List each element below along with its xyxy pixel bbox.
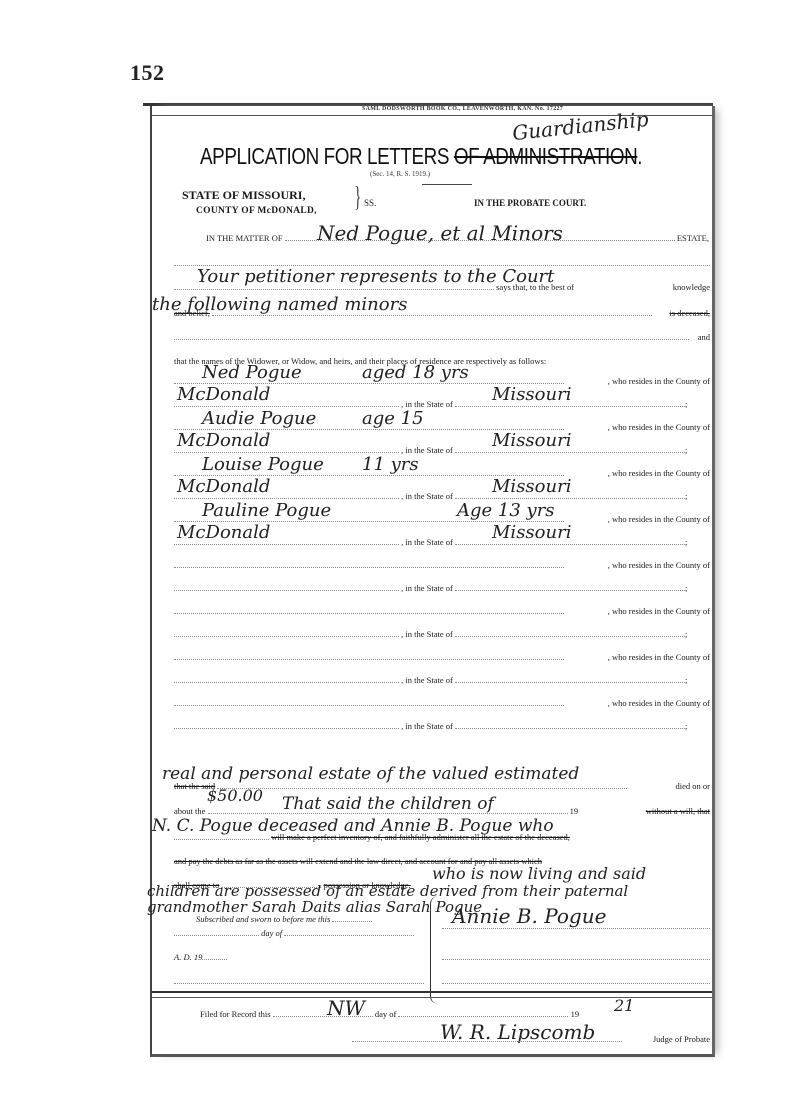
fill-line: [212, 315, 652, 316]
filed-label: Filed for Record this: [200, 1009, 271, 1019]
fill-line: [174, 567, 564, 568]
petition-line-1: says that, to the best of knowledge: [174, 282, 710, 292]
fill-line: [174, 935, 259, 936]
signature-line-3: [442, 976, 710, 986]
petition-line-3: and: [174, 332, 710, 342]
venue-county: COUNTY OF McDONALD,: [196, 206, 317, 216]
matter-handwritten: Ned Pogue, et al Minors: [317, 221, 563, 245]
state-label: , in the State of: [401, 583, 453, 593]
state-label: , in the State of: [401, 629, 453, 639]
fill-line: [208, 813, 568, 814]
publisher-imprint: SAML DODSWORTH BOOK CO., LEAVENWORTH, KA…: [362, 106, 563, 112]
county-label: , who resides in the County of: [608, 698, 710, 708]
fill-line: [174, 452, 399, 453]
jurat-subscribed-text: Subscribed and sworn to before me this: [196, 914, 330, 924]
heir-state-row: , in the State of ;: [174, 583, 710, 593]
petition-deceased: is deceased,: [669, 308, 710, 318]
fill-line: [455, 728, 685, 729]
fill-line: [352, 1041, 622, 1042]
fill-line: [284, 935, 414, 936]
title-struck: OF ADMINISTRATION: [454, 143, 637, 169]
fill-line: [174, 289, 494, 290]
title-prefix: APPLICATION FOR LETTERS: [200, 143, 454, 169]
fill-line: [442, 959, 710, 960]
fill-line: [174, 728, 399, 729]
county-label: , who resides in the County of: [608, 376, 710, 386]
title-suffix: .: [637, 143, 642, 169]
statute-reference: (Sec. 14, R. S. 1919.): [370, 170, 430, 178]
fill-line: [174, 498, 399, 499]
fill-line: [455, 636, 685, 637]
jurat-ad: A. D. 19: [174, 952, 424, 962]
estate-died-on: died on or: [676, 781, 710, 791]
fill-line: [174, 705, 564, 706]
county-label: , who resides in the County of: [608, 468, 710, 478]
fill-line: [455, 452, 685, 453]
filed-day-of: day of: [375, 1009, 396, 1019]
judge-title: Judge of Probate: [653, 1034, 710, 1044]
county-label: , who resides in the County of: [608, 560, 710, 570]
heir-state-row: , in the State of ;: [174, 721, 710, 731]
page-number: 152: [130, 60, 165, 86]
fill-line: [442, 983, 710, 984]
filed-day-handwritten: NW: [327, 996, 365, 1020]
state-label: , in the State of: [401, 491, 453, 501]
matter-label: IN THE MATTER OF: [206, 233, 283, 243]
jurat-day-of: day of: [174, 928, 424, 938]
state-label: , in the State of: [401, 675, 453, 685]
signature-line-1: [442, 921, 710, 931]
fill-line: [174, 983, 424, 984]
fill-line: [174, 590, 399, 591]
fill-line: [398, 1016, 568, 1017]
filed-year-handwritten: 21: [614, 996, 634, 1015]
fill-line: [217, 788, 627, 789]
jurat-subscribed: Subscribed and sworn to before me this: [196, 914, 426, 924]
form-title: APPLICATION FOR LETTERS OF ADMINISTRATIO…: [200, 143, 626, 170]
fill-line: [442, 928, 710, 929]
fill-line: [174, 682, 399, 683]
jurat-ad-text: A. D. 19: [174, 952, 202, 962]
county-label: , who resides in the County of: [608, 652, 710, 662]
estate-about-the: about the: [174, 806, 205, 816]
state-label: , in the State of: [401, 537, 453, 547]
petition-line-2: and belief, is deceased,: [174, 308, 710, 318]
fill-line: [174, 659, 564, 660]
heir-county-row: , who resides in the County of: [174, 652, 710, 662]
heir-county-row: , who resides in the County of: [174, 560, 710, 570]
fill-line: [455, 544, 685, 545]
estate-amount: $50.00: [207, 786, 263, 805]
fill-line: [174, 406, 399, 407]
petition-says: says that, to the best of: [496, 282, 574, 292]
brace: }: [354, 184, 361, 212]
signature-brace: [430, 896, 441, 1004]
jurat-day-of-text: day of: [261, 928, 282, 938]
judge-line: Judge of Probate: [352, 1034, 710, 1044]
heir-state-row: , in the State of ;: [174, 675, 710, 685]
fill-line: [455, 406, 685, 407]
estate-line-2: about the 19 without a will, that: [174, 806, 710, 816]
venue-ss: SS.: [364, 198, 376, 208]
fill-line: [455, 498, 685, 499]
estate-year: 19: [570, 806, 579, 816]
fill-line: [174, 839, 269, 840]
heir-state-row: , in the State of ;: [174, 537, 710, 547]
county-label: , who resides in the County of: [608, 514, 710, 524]
fill-line: [174, 636, 399, 637]
heir-county-row: , who resides in the County of: [174, 606, 710, 616]
county-label: , who resides in the County of: [608, 422, 710, 432]
petition-knowledge: knowledge: [673, 282, 710, 292]
petition-belief: and belief,: [174, 308, 210, 318]
probate-form: SAML DODSWORTH BOOK CO., LEAVENWORTH, KA…: [150, 106, 715, 1057]
fill-line: [455, 682, 685, 683]
fill-line: [202, 959, 227, 960]
state-label: , in the State of: [401, 721, 453, 731]
estate-will: without a will, that: [646, 806, 710, 816]
jurat-line: [174, 976, 424, 986]
fill-line: [174, 544, 399, 545]
filed-year-printed: 19: [571, 1009, 580, 1019]
estate-line-3: will make a perfect inventory of, and fa…: [174, 832, 710, 842]
heir-state-row: , in the State of ;: [174, 629, 710, 639]
fill-line: [455, 590, 685, 591]
fill-line: [332, 921, 372, 922]
venue-court: IN THE PROBATE COURT.: [474, 198, 586, 208]
signature-line-2: [442, 952, 710, 962]
fill-line: [174, 613, 564, 614]
matter-estate: ESTATE,: [677, 233, 709, 243]
estate-inventory: will make a perfect inventory of, and fa…: [271, 832, 570, 842]
fill-line: [174, 339, 689, 340]
divider: [422, 184, 472, 185]
heir-county-row: , who resides in the County of: [174, 698, 710, 708]
county-label: , who resides in the County of: [608, 606, 710, 616]
petition-and: and: [698, 332, 710, 342]
venue-state: STATE OF MISSOURI,: [182, 188, 305, 203]
handwritten-title-insert: Guardianship: [511, 107, 649, 145]
